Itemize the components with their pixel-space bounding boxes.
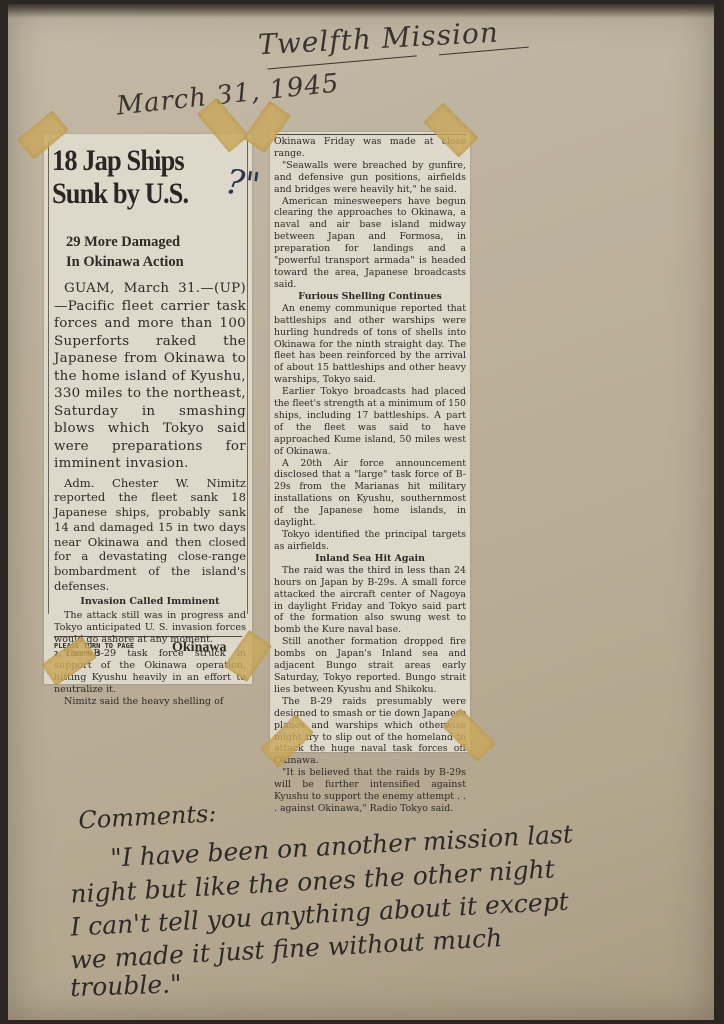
article-paragraph: Earlier Tokyo broadcasts had placed the … [274, 386, 466, 457]
article-paragraph: GUAM, March 31.—(UP) —Pacific fleet carr… [54, 280, 246, 473]
article-paragraph: "Seawalls were breached by gunfire, and … [274, 160, 466, 196]
article-paragraph: American minesweepers have begun clearin… [274, 196, 466, 291]
section-heading: Invasion Called Imminent [54, 594, 246, 611]
newspaper-clipping-right: Okinawa Friday was made at close range. … [270, 132, 470, 752]
subhead-line: In Okinawa Action [66, 252, 241, 272]
article-body-right: Okinawa Friday was made at close range. … [274, 136, 466, 815]
article-paragraph: Still another formation dropped fire bom… [274, 636, 466, 696]
column-rule [48, 142, 49, 614]
headline: 18 Jap Ships Sunk by U.S. [52, 144, 193, 210]
section-heading: Furious Shelling Continues [274, 291, 466, 303]
subhead-line: 29 More Damaged [66, 232, 241, 252]
newspaper-clipping-left: 18 Jap Ships Sunk by U.S. ?" 29 More Dam… [44, 134, 252, 684]
article-paragraph: Tokyo identified the principal targets a… [274, 529, 466, 553]
scrapbook-page: Twelfth Mission March 31, 1945 18 Jap Sh… [8, 4, 714, 1020]
ink-question-annotation: ?" [223, 162, 262, 206]
column-rule [247, 138, 248, 614]
handwritten-mission-title: Twelfth Mission [257, 16, 499, 62]
mission-title-text: Twelfth Mission [257, 16, 499, 62]
section-heading: Inland Sea Hit Again [274, 553, 466, 565]
headline-line: 18 Jap Ships [52, 144, 193, 177]
handwritten-comments: Comments: "I have been on another missio… [68, 790, 708, 991]
article-paragraph: A 20th Air force announcement disclosed … [274, 458, 466, 529]
article-paragraph: The raid was the third in less than 24 h… [274, 565, 466, 636]
article-paragraph: Okinawa Friday was made at close range. [274, 136, 466, 160]
headline-line: Sunk by U.S. [52, 177, 193, 210]
continued-jump-word: Okinawa [172, 640, 226, 656]
subheadline: 29 More Damaged In Okinawa Action [66, 232, 241, 272]
article-paragraph: Nimitz said the heavy shelling of [54, 696, 246, 708]
article-paragraph: Adm. Chester W. Nimitz reported the flee… [54, 476, 246, 594]
article-paragraph: An enemy communique reported that battle… [274, 303, 466, 386]
